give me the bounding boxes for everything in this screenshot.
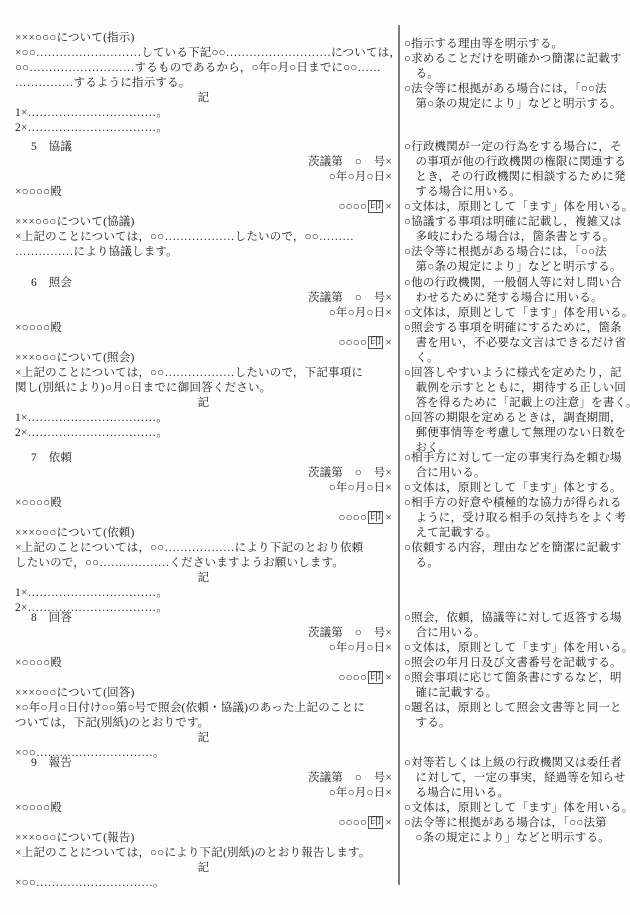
text-line: 1×……………………………。 — [15, 106, 392, 121]
text-line: 記 — [15, 861, 392, 876]
text-line: ○年○月○日× — [15, 170, 392, 185]
text-line: 茨議第 ○ 号× — [15, 291, 392, 306]
seal-line: ○○○○印× — [15, 200, 392, 215]
seal-line: ○○○○印× — [15, 671, 392, 686]
text-line: ○文体は，原則として「ます」体を用いる。 — [404, 641, 630, 656]
column-divider — [398, 25, 400, 885]
seal-line: ○○○○印× — [15, 336, 392, 351]
template-column: ×××○○○について(指示)×○○………………………している下記○○………………… — [0, 0, 399, 915]
section-5-kyogi: 5 協議茨議第 ○ 号×○年○月○日××○○○○殿○○○○印××××○○○につい… — [15, 140, 392, 260]
text-line: ○条の規定により」などと明示する。 — [404, 831, 630, 846]
document-page: ×××○○○について(指示)×○○………………………している下記○○………………… — [0, 0, 630, 915]
text-line: る場合に用いる。 — [404, 786, 630, 801]
text-line: ○文体は，原則として「ます」体とする。 — [404, 481, 630, 496]
text-line: 載例を示すとともに，期待する正しい回 — [404, 381, 630, 396]
text-line: ○法令等に根拠がある場合には，「○○法 — [404, 245, 630, 260]
text-line: ×○○○○殿 — [15, 656, 392, 671]
text-line: 書を用い，不必要な文言はできるだけ省 — [404, 336, 630, 351]
text-line: ×上記のことについては，○○………………したいので，○○……… — [15, 230, 392, 245]
text-line: 答を得るために「記載上の注意」を書く。 — [404, 396, 630, 411]
text-line: ……………するように指示する。 — [15, 76, 392, 91]
text-line: ×上記のことについては，○○………………により下記のとおり依頼 — [15, 541, 392, 556]
text-line: 2×……………………………。 — [15, 426, 392, 441]
section-heading: 6 照会 — [15, 276, 392, 291]
text-line: 第○条の規定により」などと明示する。 — [404, 97, 630, 112]
text-line: とき，その行政機関に相談するために発 — [404, 170, 630, 185]
seal-stamp-icon: 印 — [368, 671, 383, 684]
text-line: 確に記載する。 — [404, 686, 630, 701]
section-6-shokai: 6 照会茨議第 ○ 号×○年○月○日××○○○○殿○○○○印××××○○○につい… — [15, 276, 392, 441]
notes-kyogi: ○行政機関が一定の行為をする場合に，その事項が他の行政機関の権限に関連するとき，… — [404, 140, 630, 275]
text-line: ×○○…………………………。 — [15, 876, 392, 891]
text-line: ×上記のことについては，○○により下記(別紙)のとおり報告します。 — [15, 846, 392, 861]
seal-stamp-icon: 印 — [368, 511, 383, 524]
text-line: ○年○月○日× — [15, 786, 392, 801]
text-line: ○相手方の好意や積極的な協力が得られる — [404, 496, 630, 511]
text-line: ○照会の年月日及び文書番号を記載する。 — [404, 656, 630, 671]
seal-line: ○○○○印× — [15, 816, 392, 831]
text-line: ○法令等に根拠がある場合には，「○○法 — [404, 82, 630, 97]
text-line: ○年○月○日× — [15, 306, 392, 321]
text-line: 茨議第 ○ 号× — [15, 466, 392, 481]
text-line: ×○年○月○日付け○○第○号で照会(依頼・協議)のあった上記のことに — [15, 701, 392, 716]
notes-hokoku: ○対等若しくは上級の行政機関又は委任者に対して，一定の事実，経過等を知らせる場合… — [404, 756, 630, 846]
seal-stamp-icon: 印 — [368, 816, 383, 829]
text-line: ○文体は，原則として「ます」体を用いる。 — [404, 801, 630, 816]
text-line: 合に用いる。 — [404, 466, 630, 481]
seal-line: ○○○○印× — [15, 511, 392, 526]
text-line: わせるために発する場合に用いる。 — [404, 291, 630, 306]
text-line: 茨議第 ○ 号× — [15, 626, 392, 641]
seal-line-suffix: × — [385, 512, 392, 524]
seal-line-prefix: ○○○○ — [339, 201, 368, 213]
text-line: 第○条の規定により」などと明示する。 — [404, 260, 630, 275]
text-line: ○照会，依頼，協議等に対して返答する場 — [404, 611, 630, 626]
text-line: ○依頼する内容，理由などを簡潔に記載す — [404, 541, 630, 556]
text-line: ○回答しやすいように様式を定めたり，記 — [404, 366, 630, 381]
seal-line-prefix: ○○○○ — [339, 817, 368, 829]
seal-line-prefix: ○○○○ — [339, 337, 368, 349]
section-heading: 5 協議 — [15, 140, 392, 155]
text-line: ×○○○○殿 — [15, 496, 392, 511]
notes-shokai: ○他の行政機関，一般個人等に対し問い合わせるために発する場合に用いる。○文体は，… — [404, 276, 630, 456]
text-line: ○○………………………するものであるから，○年○月○日までに○○…… — [15, 61, 392, 76]
text-line: 茨議第 ○ 号× — [15, 771, 392, 786]
text-line: ○協議する事項は明確に記載し，複雑又は — [404, 215, 630, 230]
seal-line-suffix: × — [385, 817, 392, 829]
text-line: ×××○○○について(指示) — [15, 31, 392, 46]
text-line: 合に用いる。 — [404, 626, 630, 641]
text-line: ○照会事項に応じて箇条書にするなど，明 — [404, 671, 630, 686]
seal-stamp-icon: 印 — [368, 200, 383, 213]
text-line: ×○○○○殿 — [15, 185, 392, 200]
text-line: る。 — [404, 556, 630, 571]
text-line: ×○○○○殿 — [15, 321, 392, 336]
text-line: 多岐にわたる場合は，箇条書とする。 — [404, 230, 630, 245]
text-line: 2×……………………………。 — [15, 121, 392, 136]
text-line: ○対等若しくは上級の行政機関又は委任者 — [404, 756, 630, 771]
text-line: する場合に用いる。 — [404, 185, 630, 200]
text-line: に対して，一定の事実，経過等を知らせ — [404, 771, 630, 786]
text-line: く。 — [404, 351, 630, 366]
text-line: ×××○○○について(照会) — [15, 351, 392, 366]
text-line: ×××○○○について(協議) — [15, 215, 392, 230]
text-line: したいので，○○………………くださいますようお願いします。 — [15, 556, 392, 571]
text-line: ○題名は，原則として照会文書等と同一と — [404, 701, 630, 716]
section-7-irai: 7 依頼茨議第 ○ 号×○年○月○日××○○○○殿○○○○印××××○○○につい… — [15, 451, 392, 616]
section-4-shiji-continuation: ×××○○○について(指示)×○○………………………している下記○○………………… — [15, 31, 392, 136]
text-line: ○行政機関が一定の行為をする場合に，そ — [404, 140, 630, 155]
text-line: 記 — [15, 731, 392, 746]
section-9-hokoku: 9 報告茨議第 ○ 号×○年○月○日××○○○○殿○○○○印××××○○○につい… — [15, 756, 392, 891]
seal-line-suffix: × — [385, 672, 392, 684]
text-line: ○年○月○日× — [15, 481, 392, 496]
text-line: ○他の行政機関，一般個人等に対し問い合 — [404, 276, 630, 291]
text-line: ×××○○○について(回答) — [15, 686, 392, 701]
text-line: ついては，下記(別紙)のとおりです。 — [15, 716, 392, 731]
seal-stamp-icon: 印 — [368, 336, 383, 349]
section-8-kaito: 8 回答茨議第 ○ 号×○年○月○日××○○○○殿○○○○印××××○○○につい… — [15, 611, 392, 761]
text-line: ○文体は，原則として「ます」体を用いる。 — [404, 200, 630, 215]
text-line: 郵便事情等を考慮して無理のない日数を — [404, 426, 630, 441]
text-line: えて記載する。 — [404, 526, 630, 541]
text-line: ×××○○○について(依頼) — [15, 526, 392, 541]
notes-irai: ○相手方に対して一定の事実行為を頼む場合に用いる。○文体は，原則として「ます」体… — [404, 451, 630, 571]
text-line: 記 — [15, 571, 392, 586]
text-line: ように，受け取る相手の気持ちをよく考 — [404, 511, 630, 526]
text-line: ○文体は，原則として「ます」体を用いる。 — [404, 306, 630, 321]
text-line: 茨議第 ○ 号× — [15, 155, 392, 170]
text-line: ……………により協議します。 — [15, 245, 392, 260]
text-line: 記 — [15, 396, 392, 411]
text-line: ○求めることだけを明確かつ簡潔に記載す — [404, 52, 630, 67]
text-line: 1×……………………………。 — [15, 586, 392, 601]
text-line: ×××○○○について(報告) — [15, 831, 392, 846]
notes-shiji: ○指示する理由等を明示する。○求めることだけを明確かつ簡潔に記載する。○法令等に… — [404, 37, 630, 112]
text-line: る。 — [404, 67, 630, 82]
section-heading: 9 報告 — [15, 756, 392, 771]
text-line: ○年○月○日× — [15, 641, 392, 656]
text-line: 記 — [15, 91, 392, 106]
text-line: ○回答の期限を定めるときは，調査期間， — [404, 411, 630, 426]
text-line: ○相手方に対して一定の事実行為を頼む場 — [404, 451, 630, 466]
seal-line-suffix: × — [385, 337, 392, 349]
text-line: ○照会する事項を明確にするために，箇条 — [404, 321, 630, 336]
section-heading: 7 依頼 — [15, 451, 392, 466]
text-line: ○法令等に根拠がある場合は，「○○法第 — [404, 816, 630, 831]
seal-line-suffix: × — [385, 201, 392, 213]
notes-kaito: ○照会，依頼，協議等に対して返答する場合に用いる。○文体は，原則として「ます」体… — [404, 611, 630, 731]
text-line: 1×……………………………。 — [15, 411, 392, 426]
section-heading: 8 回答 — [15, 611, 392, 626]
seal-line-prefix: ○○○○ — [339, 672, 368, 684]
text-line: ×○○○○殿 — [15, 801, 392, 816]
text-line: ×○○………………………している下記○○………………………については， — [15, 46, 392, 61]
notes-column: ○指示する理由等を明示する。○求めることだけを明確かつ簡潔に記載する。○法令等に… — [404, 0, 630, 915]
text-line: の事項が他の行政機関の権限に関連する — [404, 155, 630, 170]
text-line: ×上記のことについては，○○………………したいので，下記事項に — [15, 366, 392, 381]
text-line: ○指示する理由等を明示する。 — [404, 37, 630, 52]
text-line: する。 — [404, 716, 630, 731]
text-line: 関し(別紙により)○月○日までに御回答ください。 — [15, 381, 392, 396]
seal-line-prefix: ○○○○ — [339, 512, 368, 524]
